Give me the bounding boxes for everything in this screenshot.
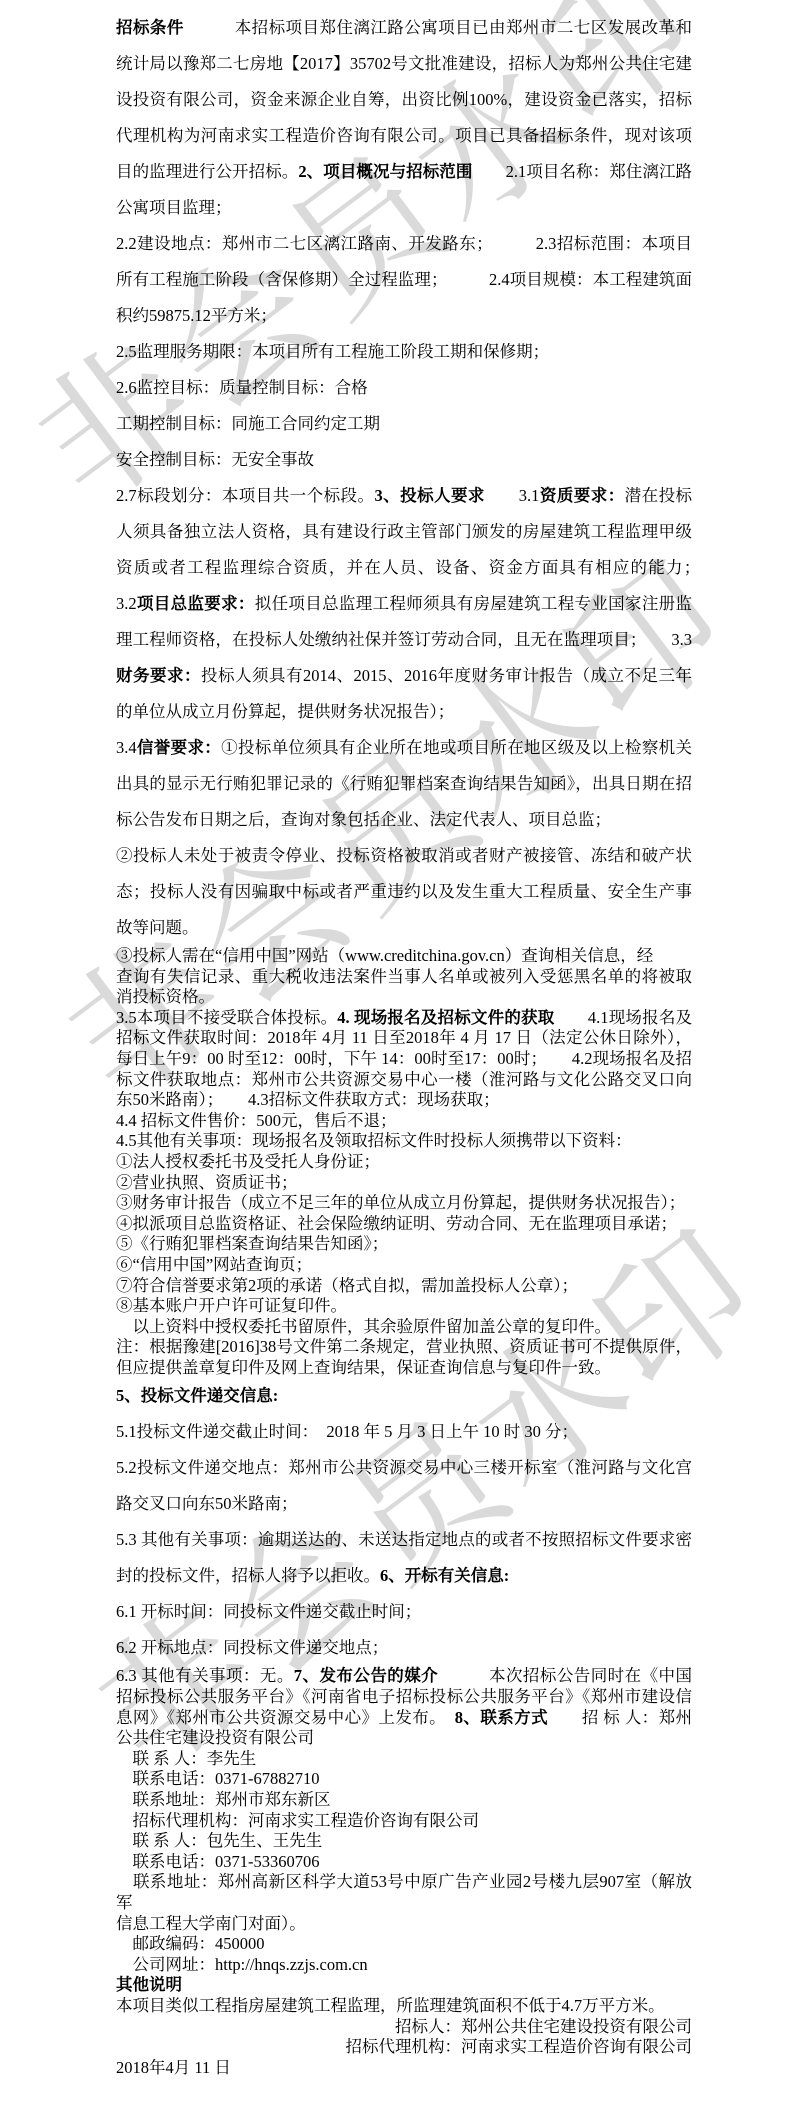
- text-run: ①法人授权委托书及受托人身份证；: [116, 1152, 380, 1171]
- list-item-3: ③财务审计报告（成立不足三年的单位从成立月份算起，提供财务状况报告）；: [116, 1193, 692, 1214]
- text-run: 联系电话：0371-67882710: [116, 1769, 320, 1788]
- paragraph-3-5-and-section-4: 3.5本项目不接受联合体投标。4. 现场报名及招标文件的获取 4.1现场报名及招…: [116, 1008, 692, 1111]
- paragraph-materials-note: 以上资料中授权委托书留原件，其余验原件留加盖公章的复印件。: [116, 1317, 692, 1338]
- tender-announcement-page: 非会员水印 非会员水印 非会员水印 招标条件 本招标项目郑住漓江路公寓项目已由郑…: [0, 0, 793, 2105]
- text-run: 以上资料中授权委托书留原件，其余验原件留加盖公章的复印件。: [116, 1317, 611, 1336]
- contact-phone-agency: 联系电话：0371-53360706: [116, 1852, 692, 1873]
- text-run: 招标人：郑州公共住宅建设投资有限公司: [395, 2017, 692, 2036]
- contact-phone-tenderer: 联系电话：0371-67882710: [116, 1769, 692, 1790]
- signature-tenderer: 招标人：郑州公共住宅建设投资有限公司: [116, 2017, 692, 2038]
- text-run: 联系地址：郑州高新区科学大道53号中原广告产业园2号楼九层907室（解放军: [116, 1872, 692, 1912]
- text-run: ⑤《行贿犯罪档案查询结果告知函》；: [116, 1234, 388, 1253]
- text-run: 2.2建设地点：郑州市二七区漓江路南、开发路东； 2.3招标范围：本项目所有工程…: [116, 234, 692, 325]
- heading-section-5-text: 5、投标文件递交信息:: [116, 1386, 278, 1405]
- text-run: 本招标项目郑住漓江路公寓项目已由郑州市二七区发展改革和统计局以豫郑二七房地【20…: [116, 18, 692, 181]
- list-item-8: ⑧基本账户开户许可证复印件。: [116, 1296, 692, 1317]
- text-run: 2018年4月 11 日: [116, 2058, 231, 2077]
- heading-section-6: 6、开标有关信息:: [380, 1566, 509, 1585]
- text-run: 信息工程大学南门对面）。: [116, 1914, 306, 1933]
- heading-section-5: 5、投标文件递交信息:: [116, 1378, 692, 1414]
- list-item-5: ⑤《行贿犯罪档案查询结果告知函》；: [116, 1234, 692, 1255]
- paragraph-safety-target: 安全控制目标：无安全事故: [116, 442, 692, 478]
- paragraph-2-7-and-section-3: 2.7标段划分：本项目共一个标段。3、投标人要求 3.1资质要求：潜在投标人须具…: [116, 478, 692, 730]
- heading-section-4: 4. 现场报名及招标文件的获取: [337, 1008, 554, 1027]
- paragraph-3-4-credit: 3.4信誉要求：①投标单位须具有企业所在地或项目所在地区级及以上检察机关出具的显…: [116, 730, 692, 838]
- company-website: 公司网址：http://hnqs.zzjs.com.cn: [116, 1955, 692, 1976]
- postal-code: 邮政编码：450000: [116, 1934, 692, 1955]
- heading-section-8: 8、联系方式: [455, 1708, 548, 1727]
- contact-address-agency-cont: 信息工程大学南门对面）。: [116, 1914, 692, 1935]
- text-run: 3.5本项目不接受联合体投标。: [116, 1008, 337, 1027]
- paragraph-regulation-note: 注：根据豫建[2016]38号文件第二条规定，营业执照、资质证书可不提供原件，但…: [116, 1337, 692, 1378]
- text-run: ④拟派项目总监资格证、社会保险缴纳证明、劳动合同、无在监理项目承诺；: [116, 1214, 677, 1233]
- paragraph-4-4-price: 4.4 招标文件售价：500元，售后不退；: [116, 1111, 692, 1132]
- text-run: 招标代理机构：河南求实工程造价咨询有限公司: [346, 2037, 693, 2056]
- text-run: 5.1投标文件递交截止时间： 2018 年 5 月 3 日上午 10 时 30 …: [116, 1422, 578, 1441]
- text-run: 工期控制目标：同施工合同约定工期: [116, 414, 380, 433]
- heading-other-notes: 其他说明: [116, 1975, 692, 1996]
- text-run: 注：根据豫建[2016]38号文件第二条规定，营业执照、资质证书可不提供原件，但…: [116, 1337, 692, 1377]
- list-item-2: ②营业执照、资质证书；: [116, 1173, 692, 1194]
- list-item-6: ⑥“信用中国”网站查询页；: [116, 1255, 692, 1276]
- contact-address-tenderer: 联系地址：郑州市郑东新区: [116, 1790, 692, 1811]
- text-run: ②营业执照、资质证书；: [116, 1173, 298, 1192]
- paragraph-5-2-place: 5.2投标文件递交地点：郑州市公共资源交易中心三楼开标室（淮河路与文化宫路交叉口…: [116, 1450, 692, 1522]
- text-run: 联系电话：0371-53360706: [116, 1852, 320, 1871]
- text-run: 联系地址：郑州市郑东新区: [116, 1790, 331, 1809]
- text-run: 公司网址：http://hnqs.zzjs.com.cn: [116, 1955, 368, 1974]
- text-run: ⑧基本账户开户许可证复印件。: [116, 1296, 347, 1315]
- heading-credit: 信誉要求：: [137, 738, 221, 757]
- paragraph-2-6-quality-target: 2.6监控目标：质量控制目标：合格: [116, 370, 692, 406]
- heading-section-2: 2、项目概况与招标范围: [298, 162, 472, 181]
- text-run: ③投标人需在“信用中国”网站（www.creditchina.gov.cn）查询…: [116, 946, 653, 965]
- paragraph-schedule-target: 工期控制目标：同施工合同约定工期: [116, 406, 692, 442]
- list-item-7: ⑦符合信誉要求第2项的承诺（格式自拟，需加盖投标人公章）；: [116, 1276, 692, 1297]
- heading-section-3: 3、投标人要求: [374, 486, 484, 505]
- document-date: 2018年4月 11 日: [116, 2058, 692, 2079]
- text-run: ⑥“信用中国”网站查询页；: [116, 1255, 312, 1274]
- text-run: 6.2 开标地点：同投标文件递交地点；: [116, 1638, 388, 1657]
- paragraph-bid-conditions: 招标条件 本招标项目郑住漓江路公寓项目已由郑州市二七区发展改革和统计局以豫郑二七…: [116, 10, 692, 226]
- text-run: ③财务审计报告（成立不足三年的单位从成立月份算起，提供财务状况报告）；: [116, 1193, 685, 1212]
- signature-agency: 招标代理机构：河南求实工程造价咨询有限公司: [116, 2037, 692, 2058]
- text-run: 2.7标段划分：本项目共一个标段。: [116, 486, 374, 505]
- contact-person-agency: 联 系 人：包先生、王先生: [116, 1831, 692, 1852]
- text-run: 投标人须具有2014、2015、2016年度财务审计报告（成立不足三年的单位从成…: [116, 666, 692, 721]
- text-run: 6.3 其他有关事项：无。: [116, 1666, 294, 1685]
- paragraph-similar-project: 本项目类似工程指房屋建筑工程监理，所监理建筑面积不低于4.7万平方米。: [116, 1996, 692, 2017]
- heading-other-notes-text: 其他说明: [116, 1975, 182, 1994]
- list-item-4: ④拟派项目总监资格证、社会保险缴纳证明、劳动合同、无在监理项目承诺；: [116, 1214, 692, 1235]
- paragraph-6-2-place: 6.2 开标地点：同投标文件递交地点；: [116, 1630, 692, 1666]
- heading-financial: 财务要求：: [116, 666, 201, 685]
- text-run: 3.4: [116, 738, 137, 757]
- paragraph-5-1-deadline: 5.1投标文件递交截止时间： 2018 年 5 月 3 日上午 10 时 30 …: [116, 1414, 692, 1450]
- heading-section-7: 7、发布公告的媒介: [294, 1666, 438, 1685]
- text-run: 2.5监理服务期限：本项目所有工程施工阶段工期和保修期；: [116, 342, 549, 361]
- contact-address-agency: 联系地址：郑州高新区科学大道53号中原广告产业园2号楼九层907室（解放军: [116, 1872, 692, 1913]
- text-run: 5.2投标文件递交地点：郑州市公共资源交易中心三楼开标室（淮河路与文化宫路交叉口…: [116, 1458, 692, 1513]
- heading-chief-supervisor: 项目总监要求：: [137, 594, 255, 613]
- list-item-1: ①法人授权委托书及受托人身份证；: [116, 1152, 692, 1173]
- heading-bid-conditions: 招标条件: [116, 18, 184, 37]
- text-run: 联 系 人：包先生、王先生: [116, 1831, 322, 1850]
- paragraph-2-2-location: 2.2建设地点：郑州市二七区漓江路南、开发路东； 2.3招标范围：本项目所有工程…: [116, 226, 692, 334]
- paragraph-6-1-time: 6.1 开标时间：同投标文件递交截止时间；: [116, 1594, 692, 1630]
- text-run: 3.1: [485, 486, 540, 505]
- text-run: 2.6监控目标：质量控制目标：合格: [116, 378, 368, 397]
- heading-qualification: 资质要求：: [539, 486, 624, 505]
- paragraph-credit-item-3: ③投标人需在“信用中国”网站（www.creditchina.gov.cn）查询…: [116, 946, 692, 967]
- text-run: ②投标人未处于被责令停业、投标资格被取消或者财产被接管、冻结和破产状态；投标人没…: [116, 846, 692, 937]
- text-run: 联 系 人：李先生: [116, 1749, 256, 1768]
- text-run: 安全控制目标：无安全事故: [116, 450, 314, 469]
- text-run: 4.4 招标文件售价：500元，售后不退；: [116, 1111, 397, 1130]
- paragraph-6-3-and-sections-7-8: 6.3 其他有关事项：无。7、发布公告的媒介 本次招标公告同时在《中国招标投标公…: [116, 1666, 692, 1748]
- text-run: 本项目类似工程指房屋建筑工程监理，所监理建筑面积不低于4.7万平方米。: [116, 1996, 665, 2015]
- contact-agency-name: 招标代理机构：河南求实工程造价咨询有限公司: [116, 1811, 692, 1832]
- text-run: 查询有失信记录、重大税收违法案件当事人名单或被列入受惩黑名单的将被取消投标资格。: [116, 967, 692, 1007]
- paragraph-4-5-other: 4.5其他有关事项：现场报名及领取招标文件时投标人须携带以下资料：: [116, 1131, 692, 1152]
- tender-document: 招标条件 本招标项目郑住漓江路公寓项目已由郑州市二七区发展改革和统计局以豫郑二七…: [116, 10, 692, 2078]
- text-run: 6.1 开标时间：同投标文件递交截止时间；: [116, 1602, 421, 1621]
- text-run: 4.5其他有关事项：现场报名及领取招标文件时投标人须携带以下资料：: [116, 1131, 632, 1150]
- paragraph-credit-item-2: ②投标人未处于被责令停业、投标资格被取消或者财产被接管、冻结和破产状态；投标人没…: [116, 838, 692, 946]
- paragraph-5-3-and-section-6: 5.3 其他有关事项：逾期送达的、未送达指定地点的或者不按照招标文件要求密封的投…: [116, 1522, 692, 1594]
- text-run: 招标代理机构：河南求实工程造价咨询有限公司: [116, 1811, 479, 1830]
- text-run: ⑦符合信誉要求第2项的承诺（格式自拟，需加盖投标人公章）；: [116, 1276, 578, 1295]
- paragraph-2-5-service-period: 2.5监理服务期限：本项目所有工程施工阶段工期和保修期；: [116, 334, 692, 370]
- contact-person-tenderer: 联 系 人：李先生: [116, 1749, 692, 1770]
- text-run: 邮政编码：450000: [116, 1934, 265, 1953]
- paragraph-credit-item-3-cont: 查询有失信记录、重大税收违法案件当事人名单或被列入受惩黑名单的将被取消投标资格。: [116, 967, 692, 1008]
